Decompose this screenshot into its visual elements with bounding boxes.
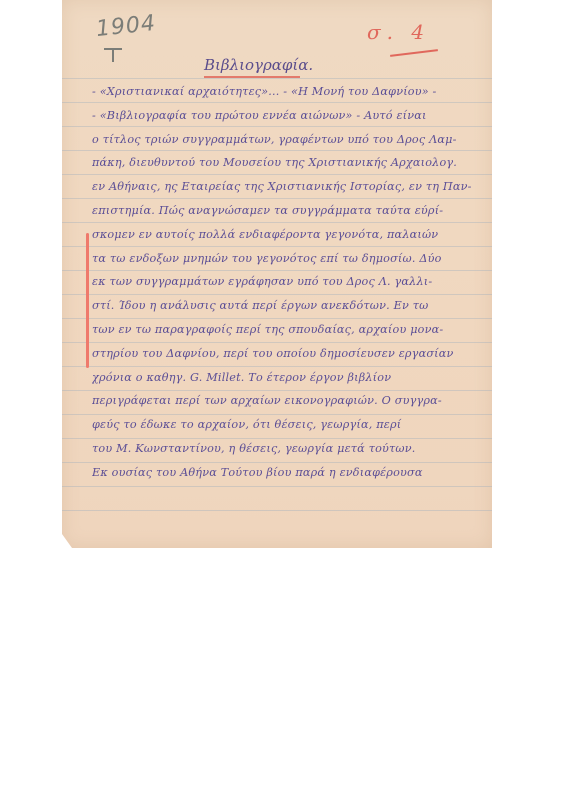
text-line: - «Χριστιανικαί αρχαιότητες»... - «Η Μον… <box>92 80 484 104</box>
text-line: πάκη, διευθυντού του Μουσείου της Χριστι… <box>92 151 484 175</box>
text-line: του Μ. Κωνσταντίνου, η θέσεις, γεωργία μ… <box>92 437 484 461</box>
text-line: φεύς το έδωκε το αρχαίον, ότι θέσεις, γε… <box>92 413 484 437</box>
ruled-line <box>62 78 492 79</box>
pencil-mark <box>112 48 114 62</box>
text-line: - «Βιβλιογραφία του πρώτου εννέα αιώνων»… <box>92 104 484 128</box>
text-line: στηρίου του Δαφνίου, περί του οποίου δημ… <box>92 342 484 366</box>
red-underline <box>390 49 438 57</box>
text-line: των εν τω παραγραφοίς περί της σπουδαίας… <box>92 318 484 342</box>
pencil-year-annotation: 1904 <box>95 11 157 42</box>
page-title: Βιβλιογραφία. <box>204 56 313 74</box>
text-line: εν Αθήναις, ης Εταιρείας της Χριστιανική… <box>92 175 484 199</box>
text-line: εκ των συγγραμμάτων εγράφησαν υπό του Δρ… <box>92 270 484 294</box>
ruled-line <box>62 486 492 487</box>
title-underline <box>204 76 300 78</box>
text-line: περιγράφεται περί των αρχαίων εικονογραφ… <box>92 389 484 413</box>
red-page-annotation: σ. 4 <box>367 20 430 44</box>
ruled-line <box>62 510 492 511</box>
text-line: Εκ ουσίας του Αθήνα Τούτου βίου παρά η ε… <box>92 461 484 485</box>
text-line: επιστημία. Πώς αναγνώσαμεν τα συγγράμματ… <box>92 199 484 223</box>
text-line: ο τίτλος τριών συγγραμμάτων, γραφέντων υ… <box>92 128 484 152</box>
manuscript-body: - «Χριστιανικαί αρχαιότητες»... - «Η Μον… <box>92 80 484 485</box>
red-margin-line <box>86 233 89 368</box>
manuscript-page: 1904 σ. 4 Βιβλιογραφία. - «Χριστιανικαί … <box>62 0 492 548</box>
text-line: χρόνια ο καθηγ. G. Millet. Το έτερον έργ… <box>92 366 484 390</box>
text-line: στί. Ίδου η ανάλυσις αυτά περί έργων ανε… <box>92 294 484 318</box>
text-line: τα τω ενδοξων μνημών του γεγονότος επί τ… <box>92 247 484 271</box>
text-line: σκομεν εν αυτοίς πολλά ενδιαφέροντα γεγο… <box>92 223 484 247</box>
